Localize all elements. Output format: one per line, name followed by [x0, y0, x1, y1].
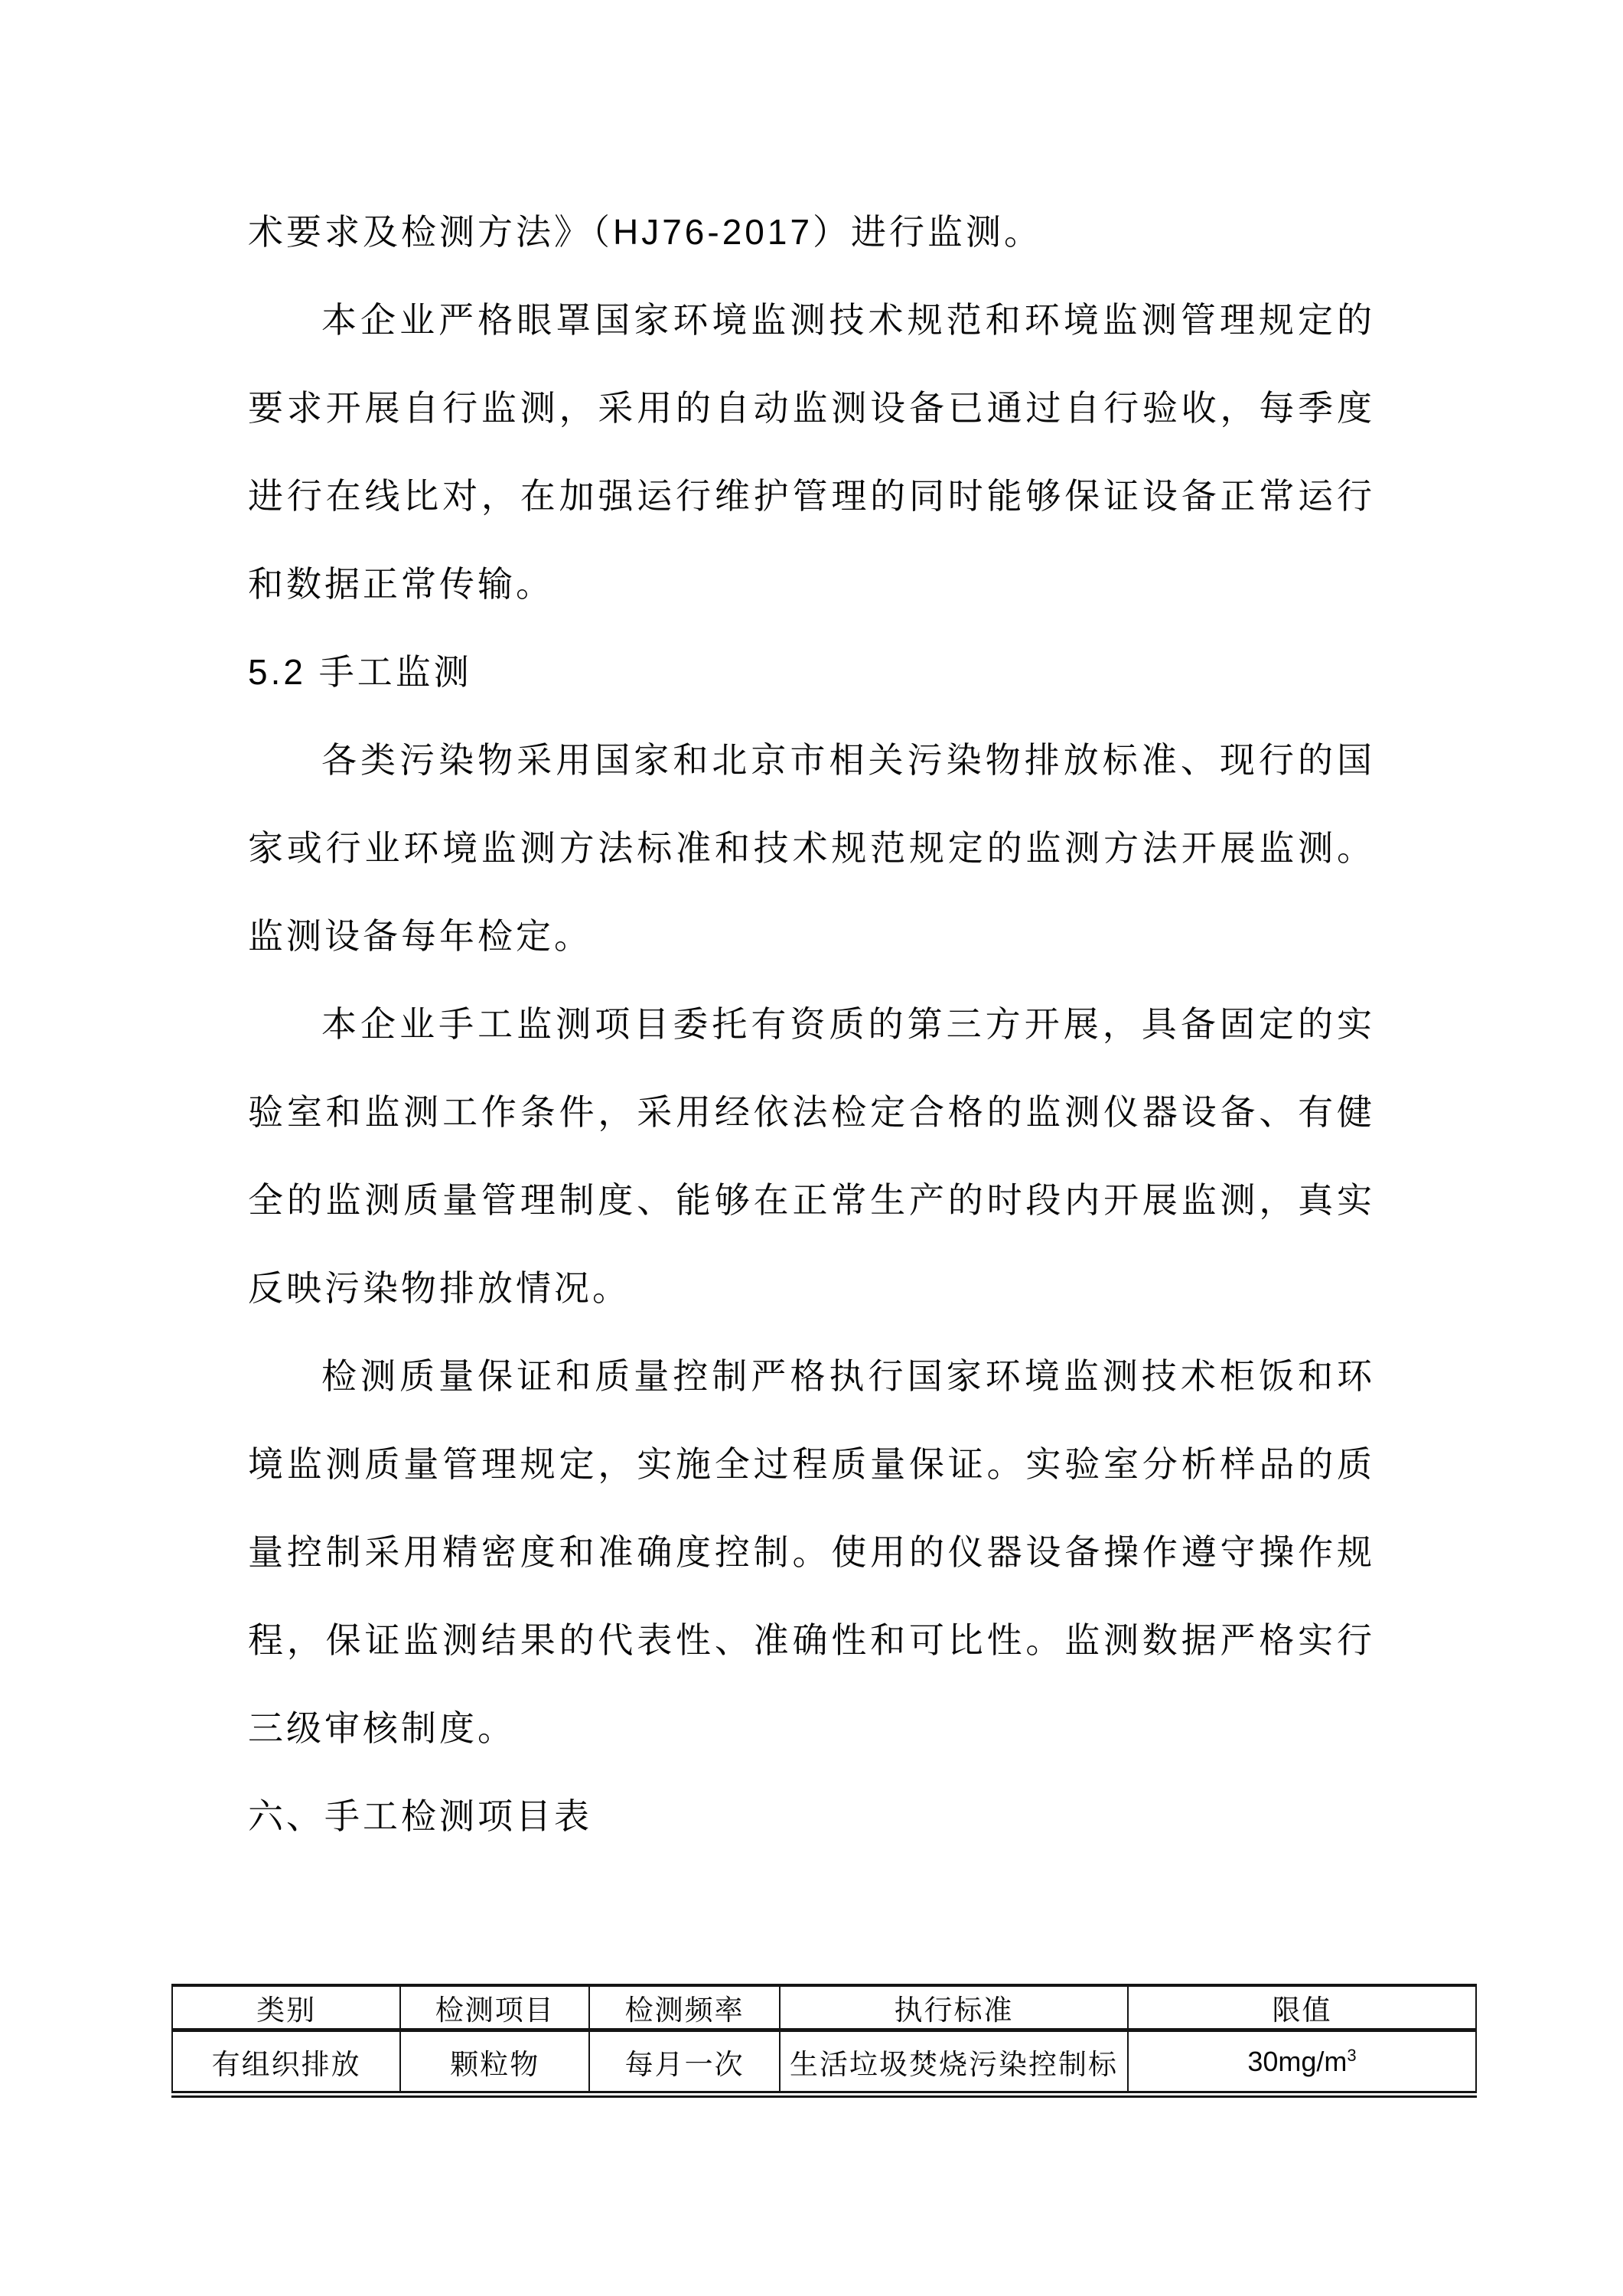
header-frequency: 检测频率	[589, 1985, 780, 2030]
heading-section-6-manual-monitoring-table: 六、手工检测项目表	[248, 1773, 1375, 1861]
document-body: 术要求及检测方法》（HJ76-2017）进行监测。 本企业严格眼罩国家环境监测技…	[248, 188, 1375, 1861]
paragraph-quality-assurance: 检测质量保证和质量控制严格执行国家环境监测技术柜饭和环境监测质量管理规定，实施全…	[248, 1332, 1375, 1773]
table-header-row: 类别 检测项目 检测频率 执行标准 限值	[172, 1985, 1476, 2030]
header-limit: 限值	[1128, 1985, 1476, 2030]
paragraph-pollutant-standards: 各类污染物采用国家和北京市相关污染物排放标准、现行的国家或行业环境监测方法标准和…	[248, 716, 1375, 980]
heading-5-2-manual-monitoring: 5.2 手工监测	[248, 628, 1375, 716]
paragraph-continuation: 术要求及检测方法》（HJ76-2017）进行监测。	[248, 188, 1375, 276]
paragraph-auto-monitoring: 本企业严格眼罩国家环境监测技术规范和环境监测管理规定的要求开展自行监测，采用的自…	[248, 276, 1375, 628]
limit-value: 30mg/m	[1247, 2046, 1347, 2077]
cell-standard: 生活垃圾焚烧污染控制标	[780, 2030, 1128, 2095]
manual-monitoring-table: 类别 检测项目 检测频率 执行标准 限值 有组织排放 颗粒物 每月一次 生活垃圾…	[171, 1984, 1477, 2098]
paragraph-third-party: 本企业手工监测项目委托有资质的第三方开展，具备固定的实验室和监测工作条件，采用经…	[248, 980, 1375, 1332]
header-standard: 执行标准	[780, 1985, 1128, 2030]
document-page: 术要求及检测方法》（HJ76-2017）进行监测。 本企业严格眼罩国家环境监测技…	[0, 0, 1623, 2296]
header-category: 类别	[172, 1985, 400, 2030]
cell-frequency: 每月一次	[589, 2030, 780, 2095]
cell-item: 颗粒物	[400, 2030, 589, 2095]
cell-category: 有组织排放	[172, 2030, 400, 2095]
table-row: 有组织排放 颗粒物 每月一次 生活垃圾焚烧污染控制标 30mg/m3	[172, 2030, 1476, 2095]
cell-limit: 30mg/m3	[1128, 2030, 1476, 2095]
header-item: 检测项目	[400, 1985, 589, 2030]
limit-exponent: 3	[1347, 2046, 1356, 2065]
